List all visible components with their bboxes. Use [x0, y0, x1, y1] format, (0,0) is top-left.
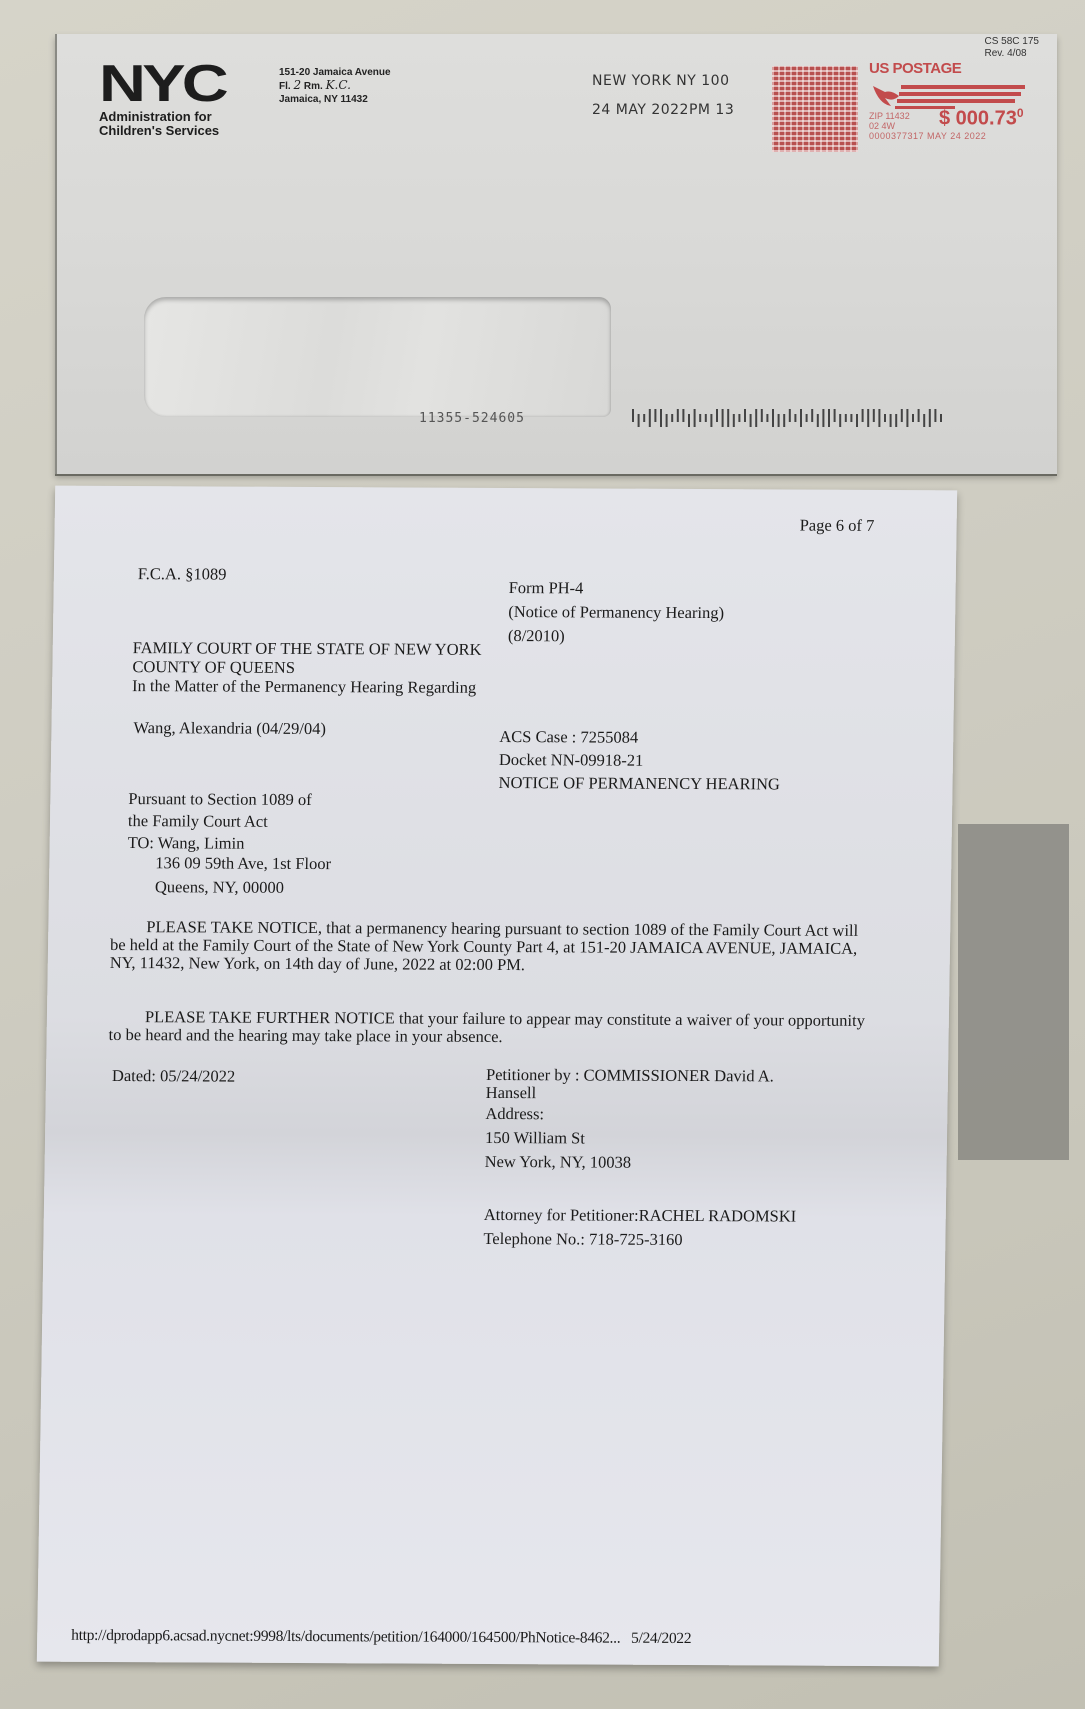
matter-line: In the Matter of the Permanency Hearing …	[132, 676, 481, 697]
amount-value: $ 000.73	[939, 108, 1017, 130]
notice-paragraph-hearing: PLEASE TAKE NOTICE, that a permanency he…	[110, 918, 871, 976]
notice-document: Page 6 of 7 F.C.A. §1089 Form PH-4 (Noti…	[37, 486, 957, 1667]
attorney-block: Attorney for Petitioner:RACHEL RADOMSKI …	[483, 1203, 796, 1253]
logo-org-line2: Children's Services	[99, 124, 239, 138]
county-name: COUNTY OF QUEENS	[132, 657, 481, 678]
court-name: FAMILY COURT OF THE STATE OF NEW YORK	[133, 638, 482, 659]
petitioner-street: 150 William St	[485, 1126, 773, 1152]
recipient-city: Queens, NY, 00000	[155, 875, 331, 900]
floor-label: Fl.	[279, 81, 291, 92]
return-address: 151-20 Jamaica Avenue Fl. 2 Rm. K.C. Jam…	[279, 66, 391, 106]
form-id: Form PH-4	[508, 576, 724, 601]
docket-number: Docket NN-09918-21	[499, 748, 781, 772]
form-rev: Rev. 4/08	[985, 48, 1039, 60]
form-date: (8/2010)	[508, 624, 724, 649]
address-window	[144, 297, 611, 417]
return-address-city: Jamaica, NY 11432	[279, 93, 391, 106]
envelope-form-code: CS 58C 175 Rev. 4/08	[985, 36, 1039, 60]
datamatrix-barcode-icon	[772, 66, 858, 152]
room-handwritten: K.C.	[326, 78, 351, 92]
paragraph-waiver-text: PLEASE TAKE FURTHER NOTICE that your fai…	[108, 1007, 865, 1046]
zip-code: ZIP 11432	[869, 111, 910, 121]
postmark-location: NEW YORK NY 100	[592, 67, 734, 96]
floor-handwritten: 2	[293, 78, 301, 92]
recipient-address: 136 09 59th Ave, 1st Floor Queens, NY, 0…	[155, 851, 331, 900]
page-number: Page 6 of 7	[799, 516, 874, 536]
child-name: Wang, Alexandria (04/29/04)	[133, 718, 326, 739]
postmark-date: 24 MAY 2022PM 13	[592, 96, 734, 125]
room-label: Rm.	[304, 81, 323, 92]
notice-title: NOTICE OF PERMANENCY HEARING	[498, 771, 780, 795]
amount-fraction: 0	[1017, 106, 1024, 120]
statute-reference: F.C.A. §1089	[138, 564, 227, 584]
postage-amount: $ 000.730	[939, 106, 1024, 131]
attorney-name: Attorney for Petitioner:RACHEL RADOMSKI	[484, 1203, 797, 1229]
form-code: CS 58C 175	[985, 36, 1039, 48]
notice-paragraph-waiver: PLEASE TAKE FURTHER NOTICE that your fai…	[108, 1008, 869, 1048]
dated-line: Dated: 05/24/2022	[112, 1066, 236, 1087]
indicia-zip: ZIP 11432 02 4W	[869, 111, 910, 131]
print-footer: http://dprodapp6.acsad.nycnet:9998/lts/d…	[71, 1626, 691, 1649]
address-label: Address:	[485, 1102, 773, 1128]
paragraph-hearing-text: PLEASE TAKE NOTICE, that a permanency he…	[110, 917, 859, 974]
petitioner-line2: Hansell	[486, 1084, 774, 1104]
envelope: NYC Administration for Children's Servic…	[55, 34, 1057, 474]
zone-code: 02 4W	[869, 121, 910, 131]
form-identifier: Form PH-4 (Notice of Permanency Hearing)…	[508, 576, 725, 649]
pursuant-line1: Pursuant to Section 1089 of	[128, 788, 312, 811]
acs-case-number: ACS Case : 7255084	[499, 725, 781, 749]
meter-number: 0000377317 MAY 24 2022	[869, 131, 986, 141]
footer-date: 5/24/2022	[631, 1630, 691, 1647]
court-heading: FAMILY COURT OF THE STATE OF NEW YORK CO…	[132, 638, 482, 697]
postmark: NEW YORK NY 100 24 MAY 2022PM 13	[592, 67, 734, 125]
pursuant-block: Pursuant to Section 1089 of the Family C…	[127, 788, 311, 855]
pursuant-line2: the Family Court Act	[128, 810, 312, 833]
us-postage-label: US POSTAGE	[869, 60, 961, 77]
form-title: (Notice of Permanency Hearing)	[508, 600, 724, 625]
footer-url: http://dprodapp6.acsad.nycnet:9998/lts/d…	[71, 1627, 620, 1647]
recipient-street: 136 09 59th Ave, 1st Floor	[155, 851, 331, 876]
postage-indicia: CS 58C 175 Rev. 4/08 US POSTAGE ZIP 1143…	[867, 34, 1057, 159]
nyc-logo-mark: NYC	[99, 62, 274, 106]
intelligent-mail-barcode-icon	[630, 408, 950, 428]
attorney-telephone: Telephone No.: 718-725-3160	[483, 1227, 796, 1253]
petitioner-city: New York, NY, 10038	[484, 1150, 772, 1176]
tracking-number: 11355-524605	[419, 411, 525, 426]
return-address-floor-room: Fl. 2 Rm. K.C.	[279, 79, 391, 93]
redaction-block	[958, 824, 1069, 1160]
nyc-acs-logo: NYC Administration for Children's Servic…	[99, 62, 239, 138]
case-info: ACS Case : 7255084 Docket NN-09918-21 NO…	[498, 725, 780, 795]
petitioner-block: Petitioner by : COMMISSIONER David A. Ha…	[484, 1066, 774, 1176]
